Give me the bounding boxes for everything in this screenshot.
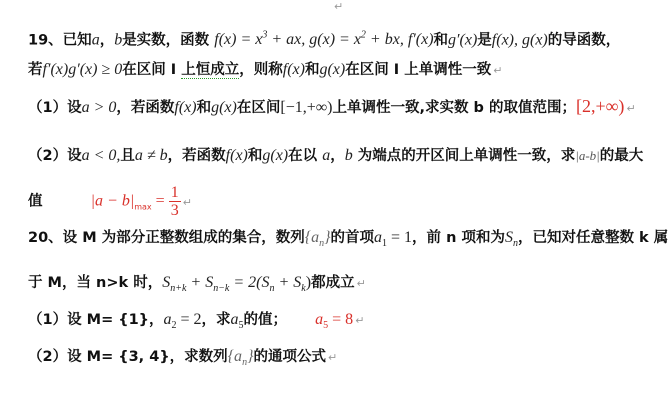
text: 都成立	[311, 275, 355, 291]
numerator: 1	[169, 184, 181, 202]
answer: =	[152, 193, 169, 210]
text: 在以	[288, 148, 322, 164]
subscript: n−k	[213, 283, 229, 294]
text: 若	[28, 62, 43, 78]
math: = 1	[387, 229, 412, 246]
text: 为端点的开区间上单调性一致，求	[353, 148, 576, 164]
text: ，若函数	[116, 100, 174, 116]
answer: = 8	[328, 311, 353, 328]
q19-part2-answer-line: 值 |a − b|max = 13↵	[28, 184, 192, 219]
text: 上单调性一致,求实数 b 的取值范围；	[332, 100, 575, 116]
paragraph-mark-icon: ↵	[355, 314, 364, 327]
subscript: n+k	[170, 283, 186, 294]
denominator: 3	[169, 202, 181, 219]
math: [−1,+∞)	[280, 99, 332, 116]
var-b: b	[345, 147, 353, 164]
math: + S	[186, 274, 213, 291]
text: ，求	[202, 312, 231, 328]
paragraph-mark-icon: ↵	[328, 351, 337, 364]
math: g(x)	[262, 147, 288, 164]
grammar-underlined-text: 上恒成立	[181, 62, 239, 79]
math: a	[164, 311, 172, 328]
q19-line1: 19、已知a，b是实数，函数 f(x) = x3 + ax, g(x) = x2…	[28, 26, 620, 50]
text: 在区间	[237, 100, 281, 116]
math: g(x)	[319, 61, 345, 78]
text: （1）设	[28, 100, 82, 116]
q20-line2: 于 M，当 n>k 时，Sn+k + Sn−k = 2(Sn + Sk)都成立↵	[28, 273, 366, 299]
text: 和	[434, 32, 449, 48]
text: 于 M，当 n>k 时，	[28, 275, 162, 291]
math: a	[231, 311, 239, 328]
text: （2）设	[28, 148, 82, 164]
text: 和	[197, 100, 212, 116]
q20-line1: 20、设 M 为部分正整数组成的集合，数列{an}的首项a1 = 1，前 n 项…	[28, 228, 668, 254]
math: f(x) = x	[214, 31, 262, 48]
text: 值	[28, 194, 43, 210]
math: = 2	[177, 311, 202, 328]
q20-part2: （2）设 M= {3, 4}，求数列{an}的通项公式↵	[28, 347, 337, 373]
answer: |a − b|	[91, 193, 135, 210]
math: + S	[275, 274, 302, 291]
text: 在区间 I 上单调性一致	[345, 62, 491, 78]
text: 是实数，函数	[122, 32, 209, 48]
text: 和	[248, 148, 263, 164]
math: = 2(S	[229, 274, 269, 291]
math: a < 0,	[82, 147, 121, 164]
math: f(x)	[174, 99, 196, 116]
text: 在区间 I	[122, 62, 181, 78]
paragraph-mark-icon: ↵	[183, 196, 192, 209]
math: f(x)	[226, 147, 248, 164]
var-b: b	[114, 31, 122, 48]
text: （1）设 M= {1}，	[28, 312, 164, 328]
paragraph-mark-icon: ↵	[493, 64, 502, 77]
math: f′(x)g′(x) ≥ 0	[43, 61, 123, 78]
text: 的首项	[331, 230, 375, 246]
f-definition: f(x) = x3 + ax, g(x) = x2 + bx, f′(x)	[214, 31, 433, 48]
text: ，若函数	[168, 148, 226, 164]
answer: [2,+∞)	[576, 96, 624, 116]
math: |a-b|	[575, 148, 599, 163]
text: 的最大	[600, 148, 644, 164]
text: ，	[330, 148, 345, 164]
text: 和	[305, 62, 320, 78]
answer-subscript: max	[134, 203, 151, 212]
math: g′(x)	[448, 31, 477, 48]
var-a: a	[92, 31, 100, 48]
math: + bx, f′(x)	[366, 31, 434, 48]
math: a	[374, 229, 382, 246]
q19-prefix: 19、已知	[28, 32, 92, 48]
math: a ≠ b	[135, 147, 168, 164]
answer: a	[315, 311, 323, 328]
text: 20、设 M 为部分正整数组成的集合，数列	[28, 230, 305, 246]
text: （2）设 M= {3, 4}，求数列	[28, 349, 228, 365]
math: S	[505, 229, 513, 246]
math: S	[162, 274, 170, 291]
math: a > 0	[82, 99, 117, 116]
text: ，已知对任意整数 k 属	[518, 230, 668, 246]
text: 是	[477, 32, 492, 48]
paragraph-mark-icon: ↵	[334, 0, 343, 13]
text: 且	[120, 148, 135, 164]
text: 的导函数，	[548, 32, 621, 48]
q19-line2: 若f′(x)g′(x) ≥ 0在区间 I 上恒成立，则称f(x)和g(x)在区间…	[28, 60, 502, 81]
text: 的值；	[244, 312, 288, 328]
q20-part1: （1）设 M= {1}，a2 = 2，求a5的值； a5 = 8↵	[28, 310, 364, 336]
q19-part1: （1）设a > 0，若函数f(x)和g(x)在区间[−1,+∞)上单调性一致,求…	[28, 96, 636, 119]
math: + ax, g(x) = x	[267, 31, 361, 48]
math: f(x), g(x)	[492, 31, 548, 48]
comma: ，	[100, 32, 115, 48]
math: {a	[228, 348, 242, 365]
q19-part2: （2）设a < 0,且a ≠ b，若函数f(x)和g(x)在以 a，b 为端点的…	[28, 146, 643, 166]
math: f(x)	[283, 61, 305, 78]
text: 的通项公式	[253, 349, 326, 365]
paragraph-mark-icon: ↵	[357, 277, 366, 290]
text: ，则称	[239, 62, 283, 78]
math: {a	[305, 229, 319, 246]
var-a: a	[322, 147, 330, 164]
text: ，前 n 项和为	[412, 230, 505, 246]
answer-fraction: 13	[169, 184, 181, 219]
math: g(x)	[211, 99, 237, 116]
paragraph-mark-icon: ↵	[626, 102, 635, 115]
